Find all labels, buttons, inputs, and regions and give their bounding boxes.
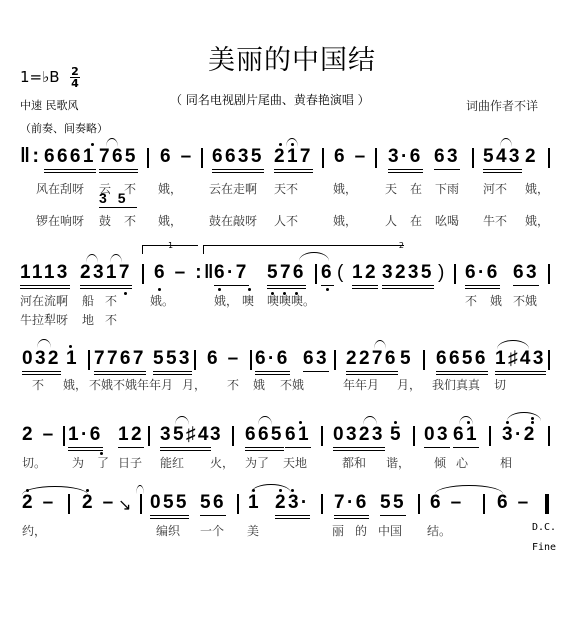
lyric: 都和	[342, 454, 366, 471]
note-group: 2 –	[22, 424, 56, 446]
paren-open: (	[337, 262, 346, 284]
lyric: 月，	[182, 376, 206, 393]
lyric: 编织	[156, 522, 180, 539]
system-5: 2 – 2 – ↘ 055 56 1 23· 7·6 55 6 – 6 – 约，…	[0, 492, 584, 562]
fine-marking: Fine	[532, 542, 556, 553]
barline	[413, 426, 415, 446]
barline	[140, 494, 142, 514]
note-group: 35♯4	[160, 424, 211, 451]
low-dot	[158, 288, 161, 291]
lyric: 娥。	[150, 292, 174, 309]
lyric: 年年月	[343, 376, 379, 393]
note-group: 63	[303, 348, 329, 372]
low-dot	[326, 288, 329, 291]
lyric: 年年月	[137, 376, 173, 393]
barline	[315, 264, 317, 284]
note-group: 6661	[44, 146, 96, 173]
lyric: 河不	[483, 180, 507, 197]
barline	[148, 426, 150, 446]
lyric: 不娥	[280, 376, 304, 393]
lyric: 人不	[274, 212, 298, 229]
note-group: 543	[483, 146, 522, 173]
lyric: 切。	[22, 454, 46, 471]
note-group: 12	[118, 424, 144, 448]
lyric: 心	[456, 454, 468, 471]
lyric: 火，	[210, 454, 234, 471]
note-group: 0323	[333, 424, 385, 451]
lyric: 谐，	[386, 454, 410, 471]
high-dot	[299, 421, 302, 424]
subtitle: （ 同名电视剧片尾曲、黄春艳演唱 ）	[170, 91, 370, 108]
lyric: 为	[72, 454, 84, 471]
note-group: 1113	[20, 262, 70, 289]
high-dot	[291, 489, 294, 492]
note-group: 56	[200, 492, 226, 516]
high-dot	[86, 489, 89, 492]
high-dot	[467, 421, 470, 424]
barline	[63, 426, 65, 446]
barline	[232, 426, 234, 446]
note-group: 2 –	[22, 492, 56, 514]
note-group: 7767	[94, 348, 146, 375]
barline	[548, 350, 550, 370]
note-group: 6 –	[334, 146, 368, 168]
lyric: 噢噢噢。	[267, 292, 315, 309]
alt-notes: 35	[99, 190, 137, 208]
high-dot	[506, 421, 509, 424]
lyric: 不娥	[513, 292, 537, 309]
high-dot	[531, 421, 534, 424]
dc-marking: D.C.	[532, 522, 556, 533]
lyric: 地	[82, 311, 94, 328]
lyric: 了	[97, 454, 109, 471]
note-group: 576	[267, 262, 306, 289]
barline	[489, 426, 491, 446]
lyric: 切	[494, 376, 506, 393]
note-group: 6635	[212, 146, 264, 173]
lyric: 一个	[200, 522, 224, 539]
lyric: 船	[82, 292, 94, 309]
slur	[37, 339, 51, 348]
note-group: 3	[210, 424, 223, 446]
high-dot	[69, 345, 72, 348]
barline	[321, 426, 323, 446]
barline	[321, 494, 323, 514]
fermata-icon	[136, 485, 144, 494]
low-dot	[124, 292, 127, 295]
slur	[507, 412, 541, 421]
paren-close: )	[438, 262, 447, 284]
final-barline	[545, 494, 549, 514]
lyric: 丽	[332, 522, 344, 539]
note-group: 2276	[346, 348, 398, 375]
lyric: 日子	[118, 454, 142, 471]
barline	[201, 148, 203, 168]
note-group: 032	[22, 348, 61, 375]
note-group: 553	[153, 348, 192, 375]
note-group: 6	[321, 262, 334, 286]
time-bottom: 4	[70, 78, 80, 89]
lyric: 月，	[397, 376, 421, 393]
key-signature: 1=♭B	[20, 68, 60, 86]
lyric: 鼓在敲呀	[209, 212, 257, 229]
lyric: 相	[500, 454, 512, 471]
lyric: 不娥不娥	[89, 376, 137, 393]
lyric: 我们真真	[432, 376, 480, 393]
lyric: 美	[247, 522, 259, 539]
high-dot	[26, 489, 29, 492]
lyric: 在	[410, 180, 422, 197]
note-group: 12	[352, 262, 378, 289]
note-group: 055	[150, 492, 189, 519]
note-group: 61	[453, 424, 479, 448]
barline	[68, 494, 70, 514]
low-dot	[218, 288, 221, 291]
lyric: 河在流啊	[20, 292, 68, 309]
note-group: 6·6	[255, 348, 290, 375]
system-1: ‖: 6661 765 6 – 6635 217 6 – 3·6 63 543 …	[0, 146, 584, 236]
note-group: 23·	[275, 492, 310, 519]
barline	[454, 264, 456, 284]
lyric: 为了	[245, 454, 269, 471]
barline	[548, 148, 550, 168]
lyric: 娥，	[333, 180, 357, 197]
note-group: 63	[513, 262, 539, 286]
barline	[194, 350, 196, 370]
lyric: 噢	[242, 292, 254, 309]
lyric: 云在走啊	[209, 180, 257, 197]
barline	[334, 350, 336, 370]
barline	[147, 148, 149, 168]
key-label: 1=	[20, 68, 42, 86]
alt-note: 5	[118, 190, 137, 206]
note-group: 217	[274, 146, 313, 173]
note-group: 2	[525, 146, 538, 168]
lyric: 约，	[22, 522, 46, 539]
note-group: 3235	[382, 262, 434, 289]
lyric: 娥，	[525, 212, 549, 229]
lyric: 不	[105, 292, 117, 309]
barline	[418, 494, 420, 514]
note-group: 3·6	[388, 146, 423, 173]
note-group: 765	[99, 146, 138, 173]
lyric: 能红	[160, 454, 184, 471]
note-group: 6·6	[465, 262, 500, 289]
high-dot	[531, 417, 534, 420]
note-group: 3·2	[502, 424, 537, 446]
note-group: 7·6	[334, 492, 369, 519]
volta-1: 1	[142, 245, 198, 254]
breath-arrow-icon: ↘	[118, 495, 134, 515]
barline	[548, 426, 550, 446]
note-group: 6 –	[430, 492, 464, 514]
lyric: 娥	[490, 292, 502, 309]
lyric: 吆喝	[435, 212, 459, 229]
note-group: 03	[424, 424, 450, 448]
barline	[483, 494, 485, 514]
lyric: 不	[105, 311, 117, 328]
lyric: 结。	[427, 522, 451, 539]
repeat-start: ‖:	[20, 145, 41, 168]
note-group: 6 – :‖	[154, 262, 216, 284]
system-3: 032 1 7767 553 6 – 6·6 63 2276 5 6656 1♯…	[0, 348, 584, 398]
lyric: 在	[410, 212, 422, 229]
note-group: 6 –	[207, 348, 241, 370]
lyric: 不	[465, 292, 477, 309]
lyric: 不	[32, 376, 44, 393]
key-flat: ♭B	[42, 68, 59, 86]
note-group: 5	[390, 424, 403, 446]
lyric: 下雨	[435, 180, 459, 197]
lyric: 娥	[253, 376, 265, 393]
intro-note: （前奏、间奏略）	[20, 120, 108, 136]
lyric: 不	[227, 376, 239, 393]
note-group: 1·6	[68, 424, 103, 451]
lyric: 娥，	[63, 376, 87, 393]
lyric: 娥，	[158, 212, 182, 229]
barline	[142, 264, 144, 284]
note-group: 665	[245, 424, 284, 451]
note-group: 6 –	[160, 146, 194, 168]
note-group: 6656	[436, 348, 488, 375]
alt-note: 3	[99, 190, 118, 206]
barline	[322, 148, 324, 168]
song-title: 美丽的中国结	[0, 38, 584, 77]
time-signature: 24	[70, 66, 80, 89]
lyric: 牛拉犁呀	[20, 311, 68, 328]
note-group: 1	[66, 348, 79, 370]
note-group: 1	[248, 492, 261, 514]
high-dot	[252, 489, 255, 492]
lyric: 中国	[378, 522, 402, 539]
lyric: 娥，	[525, 180, 549, 197]
lyric: 倾	[434, 454, 446, 471]
lyric: 牛不	[483, 212, 507, 229]
barline	[423, 350, 425, 370]
note-group: 63	[434, 146, 460, 170]
lyric: 不	[124, 212, 136, 229]
lyric: 娥，	[333, 212, 357, 229]
lyric: 人	[385, 212, 397, 229]
tempo-marking: 中速 民歌风	[20, 97, 79, 113]
lyric: 天	[385, 180, 397, 197]
volta-2: 2	[203, 245, 404, 254]
note-group: 2317	[80, 262, 132, 289]
note-group: 61	[285, 424, 311, 448]
high-dot	[279, 489, 282, 492]
note-group: 5	[400, 348, 413, 370]
high-dot	[91, 143, 94, 146]
barline	[548, 264, 550, 284]
lyric: 的	[355, 522, 367, 539]
barline	[88, 350, 90, 370]
note-group: 55	[380, 492, 406, 516]
barline	[250, 350, 252, 370]
barline	[237, 494, 239, 514]
lyric: 锣在响呀	[36, 212, 84, 229]
credit: 词曲作者不详	[466, 97, 538, 114]
lyric: 天不	[274, 180, 298, 197]
system-4: 2 – 1·6 12 35♯4 3 665 61 0323 5 03 61 3·…	[0, 424, 584, 474]
barline	[375, 148, 377, 168]
note-group: 6 –	[497, 492, 531, 514]
high-dot	[394, 421, 397, 424]
note-group: 6·7	[214, 262, 249, 286]
lyric: 天地	[283, 454, 307, 471]
lyric: 娥，	[158, 180, 182, 197]
barline	[472, 148, 474, 168]
lyric: 鼓	[99, 212, 111, 229]
note-group: 1♯43	[495, 348, 546, 375]
system-2: 1 2 1113 2317 6 – :‖ 6·7 576 6 ( 12 3235…	[0, 262, 584, 332]
lyric: 风在刮呀	[36, 180, 84, 197]
low-dot	[248, 288, 251, 291]
note-group: 2 –	[82, 492, 116, 514]
lyric: 娥，	[214, 292, 238, 309]
